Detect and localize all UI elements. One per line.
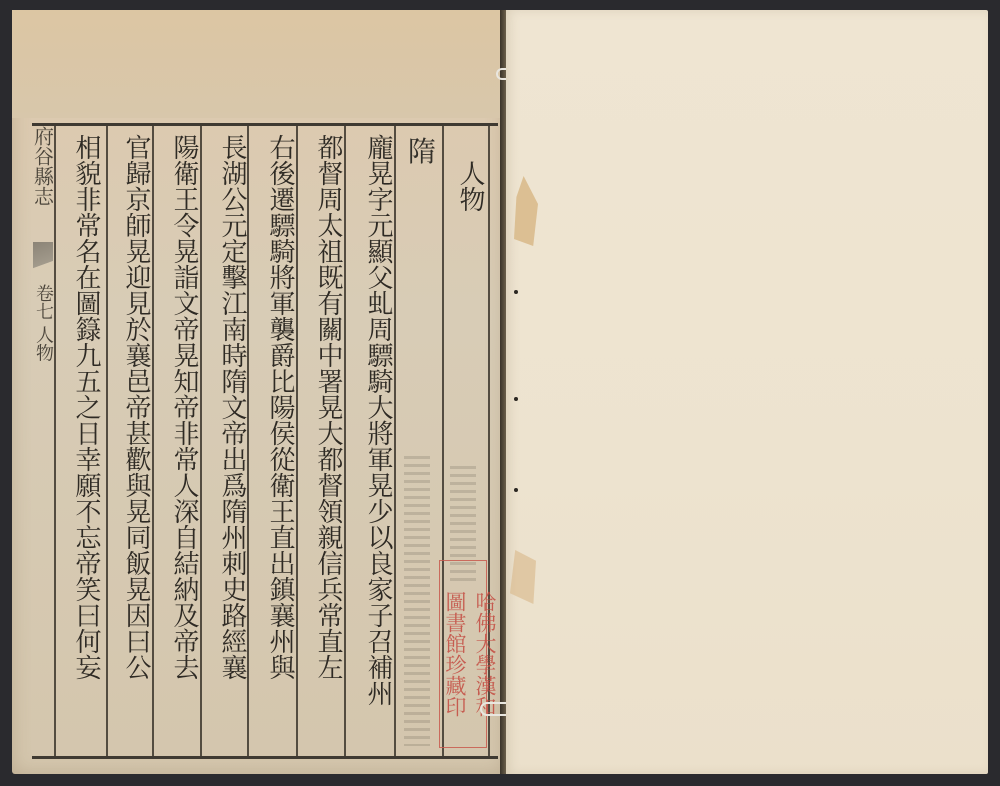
- text-column-2: 都督周太祖既有關中署晃大都督領親信兵常直左: [300, 134, 344, 680]
- seal-column-2: 圖書館珍藏印: [440, 561, 470, 747]
- binding-hole: [514, 397, 518, 401]
- paper-tear: [514, 176, 538, 246]
- column-rule: [200, 126, 202, 756]
- column-rule: [152, 126, 154, 756]
- seal-column-1: 哈佛大學漢和: [470, 561, 500, 747]
- left-page: 府谷縣志 卷七 人物 隋 龐晃字元顯父虬周驃騎大將軍晃少以良家子召補州 都督周太…: [12, 10, 504, 774]
- section-title: 人物: [456, 160, 490, 212]
- column-rule: [296, 126, 298, 756]
- text-column-4: 長湖公元定擊江南時隋文帝出爲隋州刺史路經襄: [204, 134, 248, 680]
- text-column-6: 官歸京師晃迎見於襄邑帝甚歡與晃同飯晃因曰公: [108, 134, 152, 680]
- banxin-char: 府谷縣志: [29, 126, 58, 236]
- column-rule: [344, 126, 346, 756]
- column-rule: [394, 126, 396, 756]
- paper-tear: [510, 550, 536, 604]
- text-column-5: 陽衛王令晃詣文帝晃知帝非常人深自結納及帝去: [156, 134, 200, 680]
- right-page-blank: [506, 10, 988, 774]
- binding-hole: [514, 488, 518, 492]
- text-column-7: 相貌非常名在圖籙九五之日幸願不忘帝笑曰何妄: [58, 134, 102, 680]
- banxin-lower: 卷七 人物: [30, 284, 56, 404]
- binding-hole: [514, 290, 518, 294]
- book-spread: 府谷縣志 卷七 人物 隋 龐晃字元顯父虬周驃騎大將軍晃少以良家子召補州 都督周太…: [0, 0, 1000, 786]
- dynasty-heading: 隋: [408, 130, 436, 170]
- banxin-fold: 府谷縣志 卷七 人物: [32, 126, 54, 756]
- bleed-through-text: [404, 456, 430, 746]
- library-seal: 哈佛大學漢和 圖書館珍藏印: [439, 560, 487, 748]
- text-column-1: 龐晃字元顯父虬周驃騎大將軍晃少以良家子召補州: [350, 134, 394, 706]
- fish-tail-mark-icon: [33, 242, 53, 278]
- text-frame: 府谷縣志 卷七 人物 隋 龐晃字元顯父虬周驃騎大將軍晃少以良家子召補州 都督周太…: [32, 123, 498, 759]
- text-column-3: 右後遷驃騎將軍襲爵比陽侯從衛王直出鎮襄州與: [252, 134, 296, 680]
- upper-margin: [12, 10, 504, 118]
